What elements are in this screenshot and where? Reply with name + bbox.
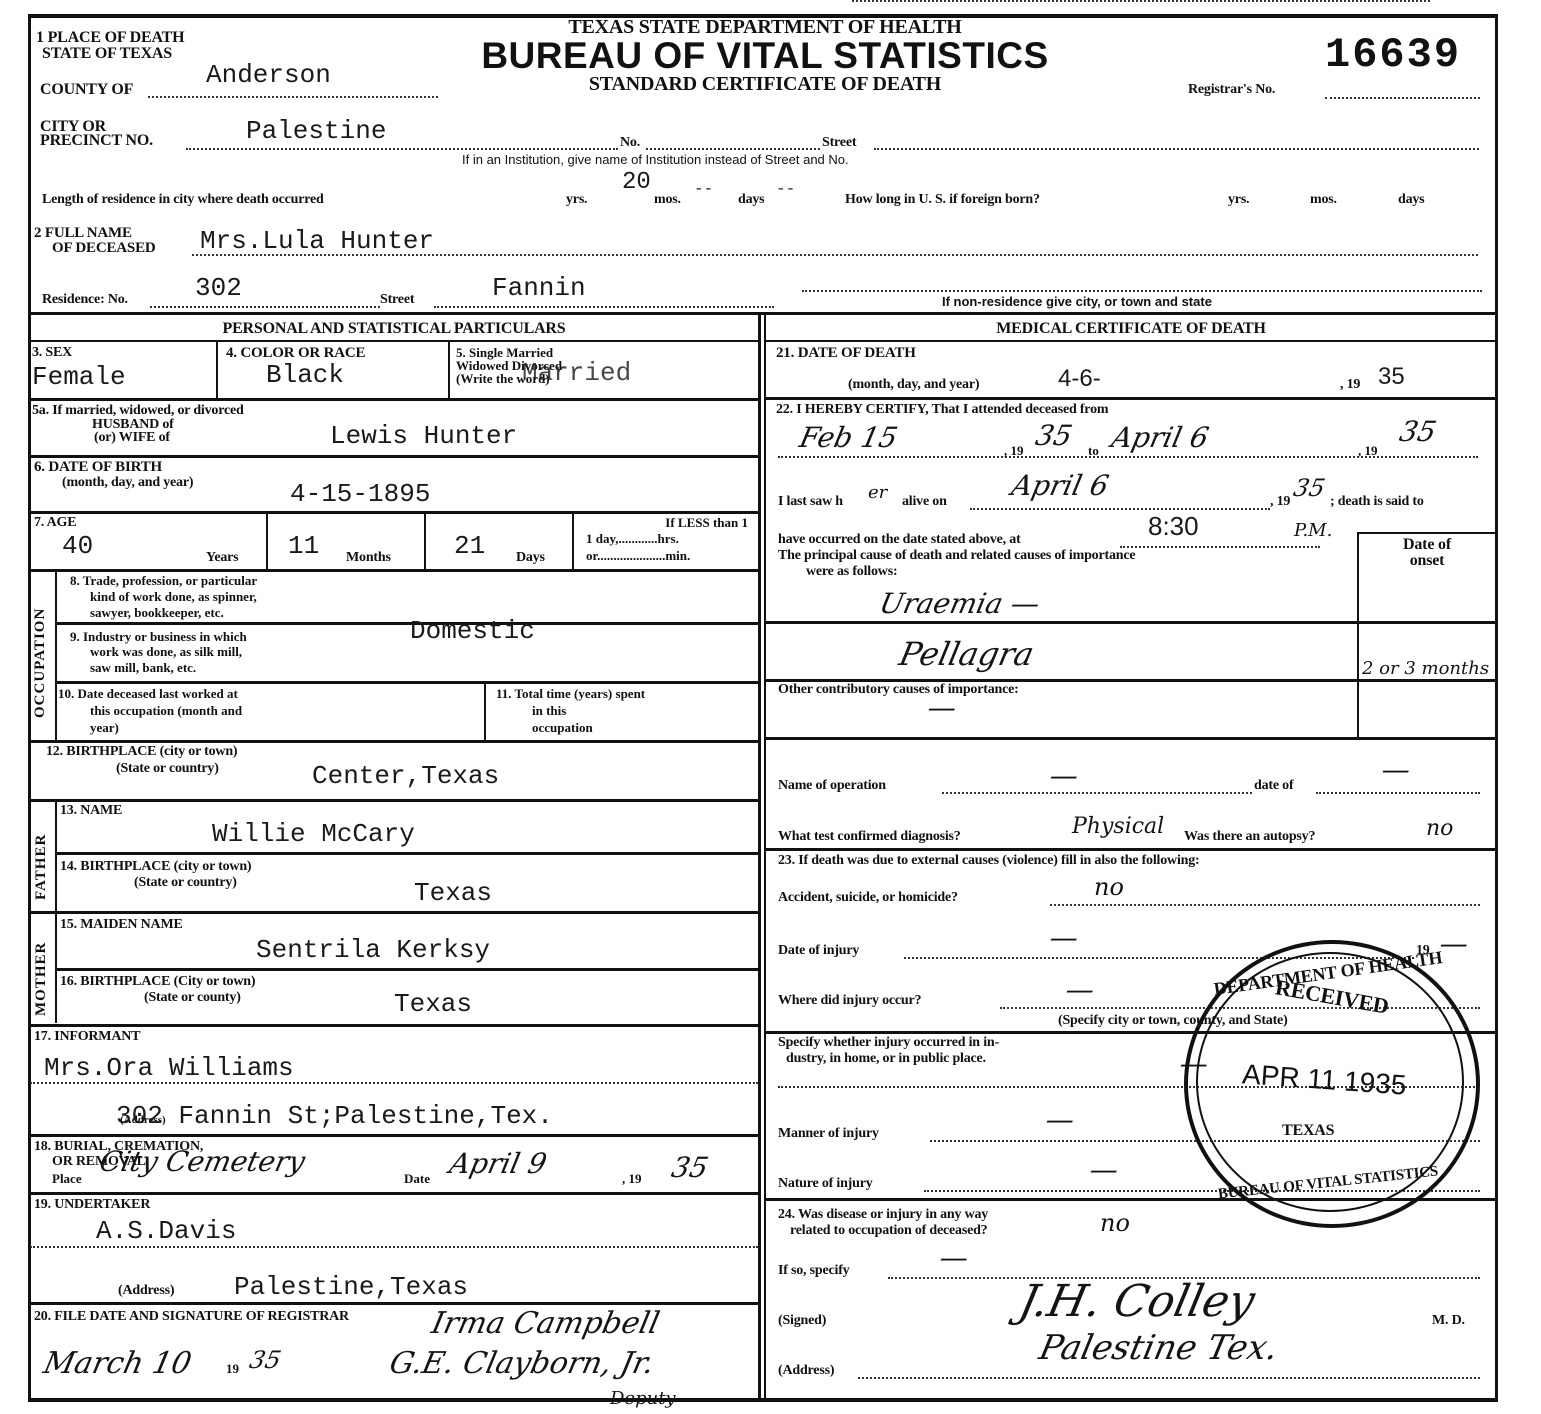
foreign-yrs-label: yrs.: [1228, 193, 1249, 207]
mother-birthplace-label-2: (State or county): [144, 991, 241, 1005]
cause-2-onset-value: 2 or 3 months: [1362, 660, 1489, 678]
occupational-value: no: [1100, 1214, 1130, 1232]
principal-cause-label-1: The principal cause of death and related…: [778, 549, 1135, 563]
operation-date-label: date of: [1254, 779, 1293, 793]
city-label-2: PRECINCT NO.: [40, 134, 153, 148]
residence-street-label: Street: [380, 293, 414, 307]
residence-length-label: Length of residence in city where death …: [42, 193, 324, 207]
injury-date-label: Date of injury: [778, 944, 859, 958]
cause-2-value: Pellagra: [897, 640, 1036, 668]
registrar-label: 20. FILE DATE AND SIGNATURE OF REGISTRAR: [34, 1310, 349, 1324]
informant-label: 17. INFORMANT: [34, 1030, 140, 1044]
test-label: What test confirmed diagnosis?: [778, 830, 961, 844]
last-saw-label: I last saw h: [778, 495, 843, 509]
operation-value: —: [1047, 762, 1081, 790]
city-value: Palestine: [246, 118, 386, 144]
attended-from-year-prefix: , 19: [1004, 444, 1024, 457]
date-of-onset-label-2: onset: [1358, 553, 1496, 569]
street-label: Street: [822, 136, 856, 150]
occupational-label-2: related to occupation of deceased?: [790, 1224, 987, 1238]
residence-mos-label: mos.: [654, 193, 681, 207]
race-value: Black: [266, 362, 344, 388]
days-label: Days: [516, 551, 545, 565]
race-label: 4. COLOR OR RACE: [226, 346, 365, 360]
certificate-title: STANDARD CERTIFICATE OF DEATH: [505, 77, 1025, 91]
mother-side-label: MOTHER: [33, 942, 50, 1016]
attended-to-year-prefix: , 19: [1358, 444, 1378, 457]
deputy-label: Deputy: [610, 1390, 676, 1408]
md-label: M. D.: [1432, 1314, 1465, 1328]
marital-status-value: Married: [522, 360, 631, 386]
registrar-number: 16639: [1325, 34, 1461, 76]
principal-cause-label-2: were as follows:: [806, 565, 897, 579]
accident-value: no: [1094, 878, 1124, 896]
full-name-label-1: 2 FULL NAME: [34, 226, 132, 240]
mother-maiden-label: 15. MAIDEN NAME: [60, 918, 183, 932]
burial-date-value: April 9: [447, 1150, 549, 1178]
occurred-label: have occurred on the date stated above, …: [778, 533, 1021, 547]
occupational-label-1: 24. Was disease or injury in any way: [778, 1208, 988, 1222]
father-birthplace-value: Texas: [414, 880, 492, 906]
external-causes-label: 23. If death was due to external causes …: [778, 854, 1199, 868]
specify-label: If so, specify: [778, 1264, 849, 1278]
industry-label-3: saw mill, bank, etc.: [90, 661, 196, 674]
time-of-death-value: 8:30: [1148, 513, 1199, 539]
other-causes-value: —: [925, 694, 959, 722]
residence-years-value: 20: [622, 170, 651, 196]
last-worked-label-3: year): [90, 721, 119, 734]
residence-days-label: days: [738, 193, 764, 207]
last-saw-date-value: April 6: [1009, 472, 1111, 500]
undertaker-label: 19. UNDERTAKER: [34, 1198, 150, 1212]
attended-to-year-value: 35: [1397, 418, 1439, 446]
injury-place-label-1: Specify whether injury occurred in in-: [778, 1036, 999, 1050]
bureau-title: BUREAU OF VITAL STATISTICS: [430, 36, 1100, 76]
residence-months-value: --: [694, 176, 713, 202]
foreign-born-label: How long in U. S. if foreign born?: [845, 193, 1040, 207]
registrar-deputy-signature: G.E. Clayborn, Jr.: [387, 1350, 656, 1378]
mother-birthplace-label-1: 16. BIRTHPLACE (City or town): [60, 975, 255, 989]
physician-address-label: (Address): [778, 1364, 834, 1378]
last-worked-label-2: this occupation (month and: [90, 704, 242, 717]
non-residence-note: If non-residence give city, or town and …: [942, 294, 1212, 309]
age-label: 7. AGE: [34, 516, 76, 530]
department-title: TEXAS STATE DEPARTMENT OF HEALTH: [505, 20, 1025, 34]
residence-no-value: 302: [195, 275, 242, 301]
burial-year-prefix: , 19: [622, 1172, 642, 1185]
dob-value: 4-15-1895: [290, 481, 430, 507]
industry-label-2: work was done, as silk mill,: [90, 645, 242, 658]
other-causes-label: Other contributory causes of importance:: [778, 683, 1019, 697]
residence-no-label: Residence: No.: [42, 293, 128, 307]
institution-note: If in an Institution, give name of Insti…: [462, 152, 849, 167]
undertaker-address-label: (Address): [118, 1284, 174, 1298]
physician-address-value: Palestine Tex.: [1037, 1334, 1281, 1362]
nature-label: Nature of injury: [778, 1177, 873, 1191]
attended-to-value: April 6: [1109, 424, 1211, 452]
cause-1-value: Uraemia —: [877, 590, 1042, 618]
age-months-value: 11: [288, 533, 319, 559]
operation-label: Name of operation: [778, 779, 886, 793]
physician-signature: J.H. Colley: [1015, 1280, 1258, 1324]
date-of-death-label: 21. DATE OF DEATH: [776, 346, 916, 360]
last-saw-year-value: 35: [1291, 474, 1327, 502]
signed-label: (Signed): [778, 1314, 826, 1328]
date-of-death-value: 4-6-: [1058, 366, 1101, 392]
residence-days-value: --: [776, 176, 795, 202]
foreign-mos-label: mos.: [1310, 193, 1337, 207]
specify-value: —: [937, 1244, 971, 1272]
manner-value: —: [1043, 1106, 1077, 1134]
residence-yrs-label: yrs.: [566, 193, 587, 207]
mother-birthplace-value: Texas: [394, 991, 472, 1017]
death-year-prefix: , 19: [1340, 378, 1360, 392]
autopsy-label: Was there an autopsy?: [1184, 830, 1315, 844]
dob-label-2: (month, day, and year): [62, 476, 193, 490]
registrar-signature: Irma Campbell: [429, 1310, 662, 1338]
county-value: Anderson: [206, 62, 331, 88]
file-year-prefix: 19: [226, 1362, 239, 1375]
county-label: COUNTY OF: [40, 83, 133, 97]
months-label: Months: [346, 551, 391, 565]
injury-place-label-2: dustry, in home, or in public place.: [786, 1052, 986, 1066]
birthplace-label-1: 12. BIRTHPLACE (city or town): [46, 745, 237, 759]
informant-name-value: Mrs.Ora Williams: [44, 1055, 294, 1081]
trade-label-1: 8. Trade, profession, or particular: [70, 574, 257, 587]
burial-year-value: 35: [669, 1154, 711, 1182]
less-than-day-min: or.....................min.: [586, 549, 690, 562]
undertaker-address-value: Palestine,Texas: [234, 1274, 468, 1300]
informant-address-value: 302 Fannin St;Palestine,Tex.: [116, 1103, 553, 1129]
father-side-label: FATHER: [33, 834, 50, 900]
residence-street-value: Fannin: [492, 275, 586, 301]
undertaker-name-value: A.S.Davis: [96, 1218, 236, 1244]
mother-maiden-name-value: Sentrila Kerksy: [256, 937, 490, 963]
birthplace-label-2: (State or country): [116, 762, 219, 776]
occupation-side-label: OCCUPATION: [32, 608, 49, 718]
date-of-onset-label-1: Date of: [1358, 537, 1496, 553]
registrar-no-label: Registrar's No.: [1188, 83, 1275, 97]
sex-label: 3. SEX: [32, 346, 72, 360]
date-of-death-sublabel: (month, day, and year): [848, 378, 979, 392]
birthplace-value: Center,Texas: [312, 763, 499, 789]
occupation-value: Domestic: [410, 618, 535, 644]
place-of-death-label: 1 PLACE OF DEATH: [36, 30, 184, 45]
injury-date-value: —: [1047, 924, 1081, 952]
nature-value: —: [1087, 1156, 1121, 1184]
sex-value: Female: [32, 364, 126, 390]
father-birthplace-label-2: (State or country): [134, 876, 237, 890]
operation-date-value: —: [1379, 756, 1413, 784]
burial-date-label: Date: [404, 1172, 430, 1185]
spouse-value: Lewis Hunter: [330, 423, 517, 449]
test-value: Physical: [1072, 818, 1164, 836]
less-than-day-label: If LESS than 1: [578, 516, 748, 529]
less-than-day-hrs: 1 day,............hrs.: [586, 532, 679, 545]
ampm-value: P.M.: [1294, 522, 1332, 540]
attended-from-value: Feb 15: [797, 424, 900, 452]
age-years-value: 40: [62, 533, 93, 559]
file-year-value: 35: [247, 1346, 283, 1374]
to-label: to: [1088, 444, 1099, 457]
dob-label-1: 6. DATE OF BIRTH: [34, 460, 162, 474]
autopsy-value: no: [1426, 820, 1453, 838]
file-date-value: March 10: [41, 1350, 194, 1378]
burial-place-label: Place: [52, 1172, 82, 1185]
last-worked-label-1: 10. Date deceased last worked at: [58, 687, 238, 700]
certify-label: 22. I HEREBY CERTIFY, That I attended de…: [776, 403, 1108, 417]
injury-where-value: —: [1063, 976, 1097, 1004]
total-time-label-2: in this: [532, 704, 566, 717]
industry-label-1: 9. Industry or business in which: [70, 630, 247, 643]
burial-place-value: City Cemetery: [97, 1148, 307, 1176]
deceased-full-name: Mrs.Lula Hunter: [200, 228, 434, 254]
spouse-label-0: 5a. If married, widowed, or divorced: [32, 404, 244, 418]
total-time-label-3: occupation: [532, 721, 593, 734]
medical-section-title: MEDICAL CERTIFICATE OF DEATH: [766, 322, 1496, 336]
full-name-label-2: OF DECEASED: [52, 241, 156, 255]
age-days-value: 21: [454, 533, 485, 559]
spouse-label-2: (or) WIFE of: [94, 431, 170, 445]
total-time-label-1: 11. Total time (years) spent: [496, 687, 645, 700]
father-birthplace-label-1: 14. BIRTHPLACE (city or town): [60, 860, 251, 874]
alive-on-label: alive on: [902, 495, 947, 509]
trade-label-2: kind of work done, as spinner,: [90, 590, 257, 603]
father-name-value: Willie McCary: [212, 821, 415, 847]
injury-where-label: Where did injury occur?: [778, 994, 921, 1008]
years-label: Years: [206, 551, 238, 565]
trade-label-3: sawyer, bookkeeper, etc.: [90, 606, 224, 619]
attended-from-year-value: 35: [1033, 422, 1075, 450]
death-year-value: 35: [1378, 364, 1405, 390]
personal-section-title: PERSONAL AND STATISTICAL PARTICULARS: [30, 322, 758, 336]
foreign-days-label: days: [1398, 193, 1424, 207]
street-no-label: No.: [620, 136, 640, 150]
accident-label: Accident, suicide, or homicide?: [778, 891, 958, 905]
death-said-label: ; death is said to: [1330, 495, 1424, 509]
last-saw-year-prefix: , 19: [1270, 495, 1290, 509]
state-label: STATE OF TEXAS: [42, 46, 172, 61]
stamp-state: TEXAS: [1282, 1124, 1334, 1138]
last-saw-pronoun: er: [868, 484, 887, 502]
father-name-label: 13. NAME: [60, 804, 122, 818]
manner-label: Manner of injury: [778, 1127, 879, 1141]
